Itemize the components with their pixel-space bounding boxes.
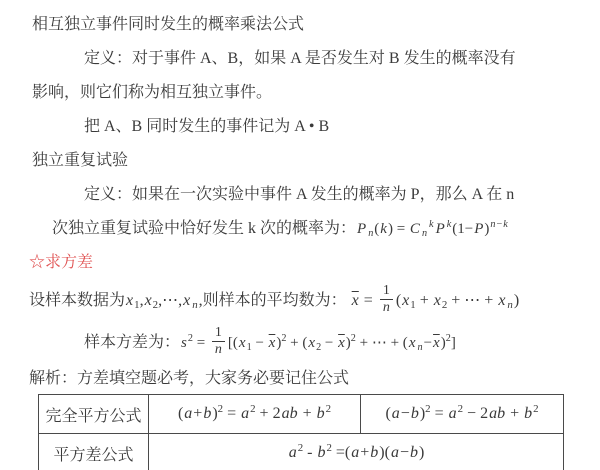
sample-variance-formula: s2 = 1n[(x1 − x)2 + (x2 − x)2 + ⋯ + (xn−… xyxy=(180,335,456,351)
paragraph-repeated-definition-line1: 定义：如果在一次实验中事件 A 发生的概率为 P，那么 A 在 n xyxy=(84,178,600,212)
table-cell-perfect-square-label: 完全平方公式 xyxy=(39,395,149,434)
repeated-definition-text: 次独立重复试验中恰好发生 k 次的概率为： xyxy=(52,220,356,237)
sample-variance-label: 样本方差为： xyxy=(84,334,180,351)
table-cell-perfect-square-plus-formula: (a+b)2 = a2 + 2ab + b2 xyxy=(149,395,361,434)
formula-table: 完全平方公式 (a+b)2 = a2 + 2ab + b2 (a−b)2 = a… xyxy=(38,394,564,470)
paragraph-ab-event-notation: 把 A、B 同时发生的事件记为 A • B xyxy=(84,110,600,144)
paragraph-independent-definition-line2: 影响，则它们称为相互独立事件。 xyxy=(32,76,600,110)
heading-repeated-trials: 独立重复试验 xyxy=(32,144,600,178)
paragraph-repeated-definition-line2: 次独立重复试验中恰好发生 k 次的概率为：Pn(k) = CnkPk(1−P)n… xyxy=(52,212,600,246)
paragraph-sample-mean: 设样本数据为x1,x2,⋯,xn,则样本的平均数为： x = 1n(x1 + x… xyxy=(29,280,600,322)
table-row-perfect-square: 完全平方公式 (a+b)2 = a2 + 2ab + b2 (a−b)2 = a… xyxy=(39,395,564,434)
heading-independent-events-formula: 相互独立事件同时发生的概率乘法公式 xyxy=(32,8,600,42)
sample-mean-formula: 设样本数据为x1,x2,⋯,xn,则样本的平均数为： x = 1n(x1 + x… xyxy=(29,292,519,309)
binomial-probability-formula: Pn(k) = CnkPk(1−P)n−k xyxy=(356,221,509,237)
paragraph-analysis-note: 解析：方差填空题必考，大家务必要记住公式 xyxy=(29,364,600,394)
paragraph-sample-variance: 样本方差为：s2 = 1n[(x1 − x)2 + (x2 − x)2 + ⋯ … xyxy=(84,322,600,364)
heading-variance-section: ☆求方差 xyxy=(29,246,600,280)
document-page: 相互独立事件同时发生的概率乘法公式 定义：对于事件 A、B，如果 A 是否发生对… xyxy=(0,0,600,470)
table-cell-difference-label: 平方差公式 xyxy=(39,434,149,470)
table-cell-difference-formula: a2 - b2 =(a+b)(a−b) xyxy=(149,434,564,470)
table-row-difference-of-squares: 平方差公式 a2 - b2 =(a+b)(a−b) xyxy=(39,434,564,470)
table-cell-perfect-square-minus-formula: (a−b)2 = a2 − 2ab + b2 xyxy=(361,395,564,434)
paragraph-independent-definition-line1: 定义：对于事件 A、B，如果 A 是否发生对 B 发生的概率没有 xyxy=(84,42,600,76)
